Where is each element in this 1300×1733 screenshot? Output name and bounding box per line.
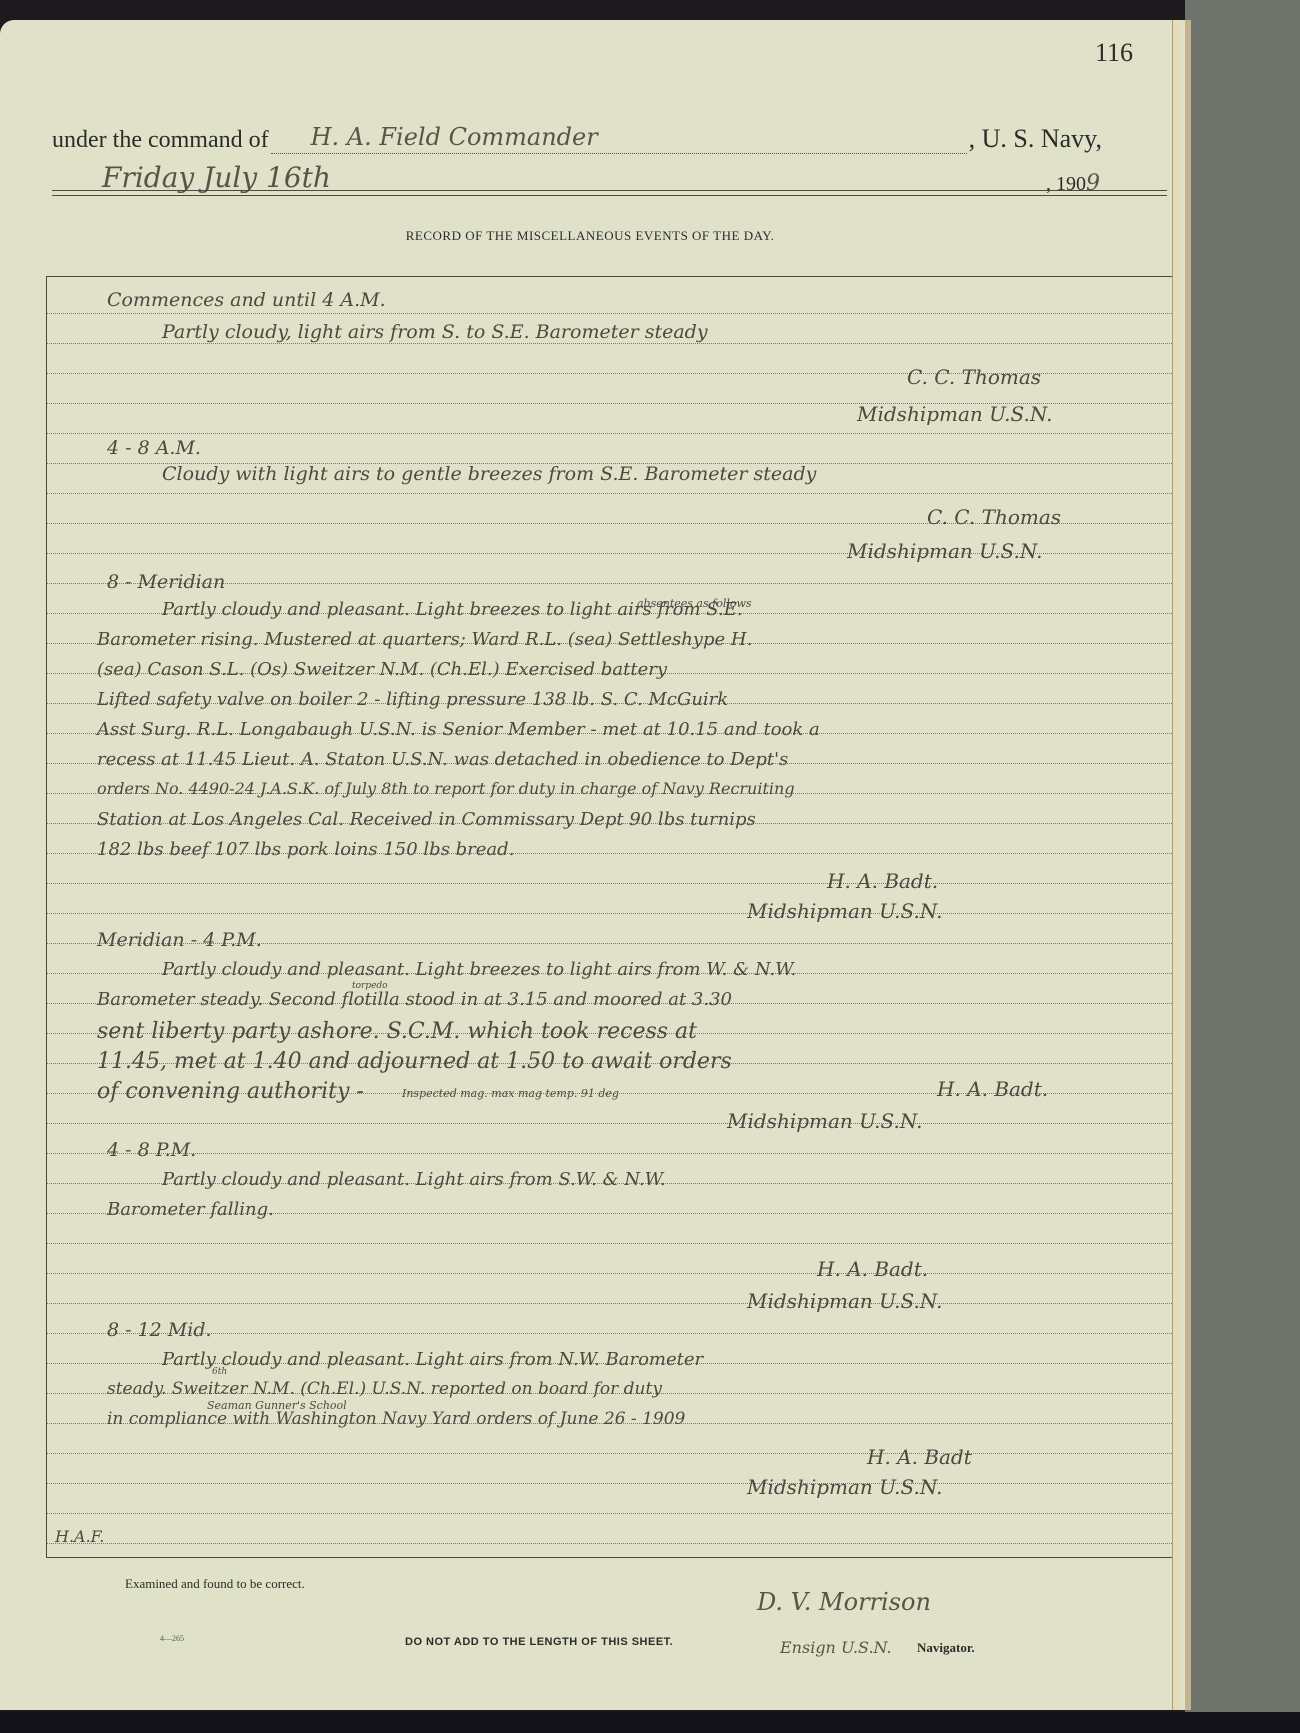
entry-line: Asst Surg. R.L. Longabaugh U.S.N. is Sen… xyxy=(97,719,820,740)
officer-signature: H. A. Badt. xyxy=(937,1077,1048,1101)
officer-rank: Midshipman U.S.N. xyxy=(857,402,1052,426)
examiner-title: Navigator. xyxy=(917,1640,975,1656)
entry-line: orders No. 4490-24 J.A.S.K. of July 8th … xyxy=(97,779,795,798)
entry-line: Partly cloudy and pleasant. Light breeze… xyxy=(162,599,743,620)
interlinear-note: 6th xyxy=(212,1367,227,1377)
entry-line: Barometer rising. Mustered at quarters; … xyxy=(97,629,752,650)
officer-signature: H. A. Badt. xyxy=(827,869,938,893)
entry-line: Barometer steady. Second flotilla stood … xyxy=(97,989,732,1010)
entry-line: Station at Los Angeles Cal. Received in … xyxy=(97,809,756,830)
entry-line: 11.45, met at 1.40 and adjourned at 1.50… xyxy=(97,1049,732,1074)
officer-rank: Midshipman U.S.N. xyxy=(747,1475,942,1499)
header-divider xyxy=(52,190,1167,196)
ruled-line xyxy=(47,1483,1172,1484)
officer-signature: H. A. Badt xyxy=(867,1445,972,1469)
entry-line: Partly cloudy and pleasant. Light breeze… xyxy=(162,959,796,980)
ruled-line xyxy=(47,493,1172,494)
entry-line: recess at 11.45 Lieut. A. Staton U.S.N. … xyxy=(97,749,788,770)
sheet-warning: DO NOT ADD TO THE LENGTH OF THIS SHEET. xyxy=(405,1636,673,1648)
entry-line: (sea) Cason S.L. (Os) Sweitzer N.M. (Ch.… xyxy=(97,659,667,680)
ruled-line xyxy=(47,313,1172,314)
officer-rank: Midshipman U.S.N. xyxy=(747,899,942,923)
ruled-line xyxy=(47,913,1172,914)
entry-line: Barometer falling. xyxy=(107,1199,274,1220)
entry-line: of convening authority - xyxy=(97,1079,364,1104)
command-line: under the command of H. A. Field Command… xyxy=(52,120,1102,154)
events-record-box: Commences and until 4 A.M. Partly cloudy… xyxy=(46,276,1172,1558)
book-cover-edge xyxy=(1185,0,1300,1733)
ruled-line xyxy=(47,1243,1172,1244)
ruled-line xyxy=(47,1303,1172,1304)
ruled-line xyxy=(47,1273,1172,1274)
entry-line: Partly cloudy and pleasant. Light airs f… xyxy=(162,1169,666,1190)
ruled-line xyxy=(47,1153,1172,1154)
officer-rank: Midshipman U.S.N. xyxy=(847,539,1042,563)
ruled-line xyxy=(47,883,1172,884)
entry-line: Lifted safety valve on boiler 2 - liftin… xyxy=(97,689,728,710)
commander-handwritten: H. A. Field Commander xyxy=(311,123,598,151)
officer-signature: C. C. Thomas xyxy=(907,365,1041,389)
entry-line: in compliance with Washington Navy Yard … xyxy=(107,1409,685,1429)
command-prefix-label: under the command of xyxy=(52,127,269,154)
watch-heading: 4 - 8 P.M. xyxy=(107,1139,196,1161)
ruled-line xyxy=(47,1333,1172,1334)
page-edge xyxy=(1172,20,1181,1710)
commander-field: H. A. Field Commander xyxy=(271,123,967,154)
examiner-rank: Ensign U.S.N. xyxy=(780,1638,892,1657)
watch-heading: 8 - Meridian xyxy=(107,571,225,593)
watch-heading: Commences and until 4 A.M. xyxy=(107,289,386,311)
ruled-line xyxy=(47,433,1172,434)
entry-line: sent liberty party ashore. S.C.M. which … xyxy=(97,1019,697,1044)
scan-background xyxy=(0,1712,1300,1733)
section-title: RECORD OF THE MISCELLANEOUS EVENTS OF TH… xyxy=(0,228,1180,244)
entry-line: Partly cloudy, light airs from S. to S.E… xyxy=(162,321,708,343)
ruled-line xyxy=(47,1513,1172,1514)
page-number: 116 xyxy=(1095,38,1133,68)
watch-heading: 4 - 8 A.M. xyxy=(107,437,201,459)
watch-heading: 8 - 12 Mid. xyxy=(107,1319,212,1341)
ruled-line xyxy=(47,1453,1172,1454)
entry-line: 182 lbs beef 107 lbs pork loins 150 lbs … xyxy=(97,839,514,860)
navy-label: , U. S. Navy, xyxy=(969,124,1102,154)
initials: H.A.F. xyxy=(55,1527,104,1546)
officer-signature: C. C. Thomas xyxy=(927,505,1061,529)
entry-line: Cloudy with light airs to gentle breezes… xyxy=(162,463,816,485)
officer-rank: Midshipman U.S.N. xyxy=(727,1109,922,1133)
ruled-line xyxy=(47,1543,1172,1544)
form-code: 4—265 xyxy=(160,1634,184,1643)
officer-signature: H. A. Badt. xyxy=(817,1257,928,1281)
logbook-page: 116 under the command of H. A. Field Com… xyxy=(0,20,1191,1710)
officer-rank: Midshipman U.S.N. xyxy=(747,1289,942,1313)
examined-label: Examined and found to be correct. xyxy=(125,1576,305,1592)
ruled-line xyxy=(47,343,1172,344)
examiner-signature: D. V. Morrison xyxy=(757,1588,931,1616)
margin-note: Inspected mag. max mag temp. 91 deg xyxy=(402,1087,619,1100)
entry-line: steady. Sweitzer N.M. (Ch.El.) U.S.N. re… xyxy=(107,1379,662,1399)
entry-line: Partly cloudy and pleasant. Light airs f… xyxy=(162,1349,703,1370)
watch-heading: Meridian - 4 P.M. xyxy=(97,929,262,951)
ruled-line xyxy=(47,1123,1172,1124)
